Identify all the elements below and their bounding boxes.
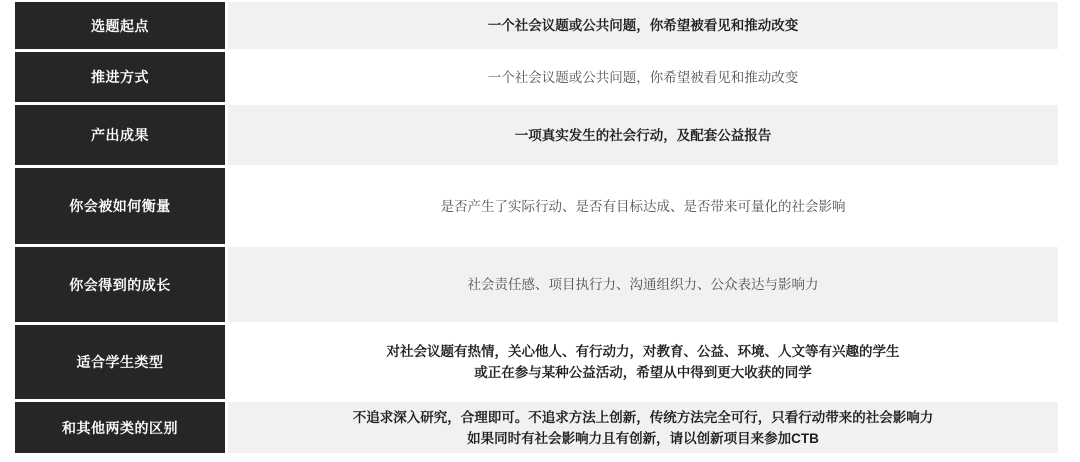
row-evaluation-label: 你会被如何衡量 <box>15 168 225 244</box>
row-approach-label: 推进方式 <box>15 52 225 102</box>
content-line: 一项真实发生的社会行动，及配套公益报告 <box>515 125 772 146</box>
content-line: 不追求深入研究，合理即可。不追求方法上创新，传统方法完全可行，只看行动带来的社会… <box>353 407 934 428</box>
comparison-table: 选题起点 一个社会议题或公共问题，你希望被看见和推动改变 推进方式 一个社会议题… <box>15 2 1058 453</box>
row-student-type-content: 对社会议题有热情，关心他人、有行动力，对教育、公益、环境、人文等有兴趣的学生 或… <box>228 325 1058 399</box>
row-growth-content: 社会责任感、项目执行力、沟通组织力、公众表达与影响力 <box>228 247 1058 322</box>
row-difference-content: 不追求深入研究，合理即可。不追求方法上创新，传统方法完全可行，只看行动带来的社会… <box>228 402 1058 453</box>
content-line: 社会责任感、项目执行力、沟通组织力、公众表达与影响力 <box>468 274 819 295</box>
content-line: 一个社会议题或公共问题，你希望被看见和推动改变 <box>488 15 799 36</box>
row-approach-content: 一个社会议题或公共问题，你希望被看见和推动改变 <box>228 52 1058 102</box>
content-line: 对社会议题有热情，关心他人、有行动力，对教育、公益、环境、人文等有兴趣的学生 <box>387 341 900 362</box>
content-line: 或正在参与某种公益活动，希望从中得到更大收获的同学 <box>474 362 812 383</box>
content-line: 一个社会议题或公共问题，你希望被看见和推动改变 <box>488 67 799 88</box>
row-topic-origin-label: 选题起点 <box>15 2 225 49</box>
content-line: 如果同时有社会影响力且有创新，请以创新项目来参加CTB <box>467 428 819 449</box>
row-topic-origin-content: 一个社会议题或公共问题，你希望被看见和推动改变 <box>228 2 1058 49</box>
row-output-content: 一项真实发生的社会行动，及配套公益报告 <box>228 105 1058 165</box>
row-growth-label: 你会得到的成长 <box>15 247 225 322</box>
row-student-type-label: 适合学生类型 <box>15 325 225 399</box>
row-evaluation-content: 是否产生了实际行动、是否有目标达成、是否带来可量化的社会影响 <box>228 168 1058 244</box>
row-difference-label: 和其他两类的区别 <box>15 402 225 453</box>
row-output-label: 产出成果 <box>15 105 225 165</box>
content-line: 是否产生了实际行动、是否有目标达成、是否带来可量化的社会影响 <box>441 196 846 217</box>
